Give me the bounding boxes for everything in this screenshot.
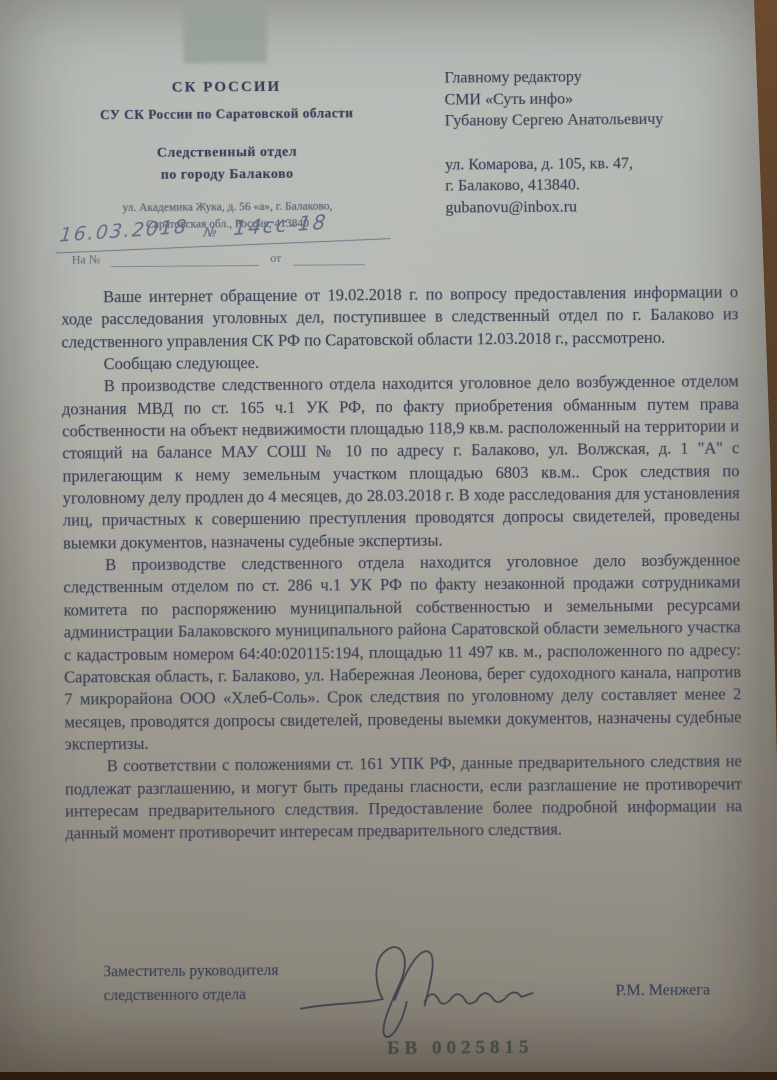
addressee-block: Главному редактору СМИ «Суть инфо» Губан…	[444, 65, 745, 218]
addressee-role: Главному редактору	[444, 65, 744, 89]
form-serial-number: БВ 0025815	[387, 1037, 534, 1060]
photo-of-document: { "letterhead": { "org_top": "СК РОССИИ"…	[0, 0, 777, 1080]
date-number-line: 16.03.2018 № 14сс-18	[55, 214, 390, 249]
handwritten-signature	[298, 941, 554, 1043]
body-paragraph: В производстве следственного отдела нахо…	[62, 371, 740, 555]
ref-date-blank	[292, 253, 364, 266]
org-name-regional: СУ СК России по Саратовской области	[59, 105, 395, 124]
document-content: СК РОССИИ СУ СК России по Саратовской об…	[0, 0, 777, 1075]
handwritten-date: 16.03.2018	[59, 216, 190, 247]
letterhead: СК РОССИИ СУ СК России по Саратовской об…	[58, 78, 395, 235]
org-name-top: СК РОССИИ	[58, 78, 394, 98]
addressee-email: gubanovu@inbox.ru	[445, 195, 745, 219]
paper-sheet: СК РОССИИ СУ СК России по Саратовской об…	[0, 0, 777, 1072]
spacer	[445, 130, 745, 154]
signer-name: Р.М. Менжега	[616, 981, 711, 1000]
ref-label: На №	[72, 252, 101, 266]
addressee-media: СМИ «Суть инфо»	[444, 87, 744, 111]
signer-title-line2: следственного отдела	[104, 983, 279, 1008]
body-paragraph: Ваше интернет обращение от 19.02.2018 г.…	[61, 281, 739, 353]
signer-title: Заместитель руководителя следственного о…	[103, 959, 278, 1008]
department-name: Следственный отдел по городу Балаково	[59, 141, 395, 188]
numero-sign: №	[203, 225, 218, 241]
addressee-street: ул. Комарова, д. 105, кв. 47,	[445, 152, 745, 176]
letter-body: Ваше интернет обращение от 19.02.2018 г.…	[61, 281, 742, 845]
addressee-city: г. Балаково, 413840.	[445, 173, 745, 197]
department-line2: по городу Балаково	[59, 163, 395, 188]
reference-number-line: На № от	[72, 250, 402, 268]
ref-from-label: от	[270, 251, 281, 265]
redaction-blur-box	[183, 4, 267, 64]
body-paragraph: В соответствии с положениями ст. 161 УПК…	[65, 750, 743, 845]
ref-number-blank	[111, 254, 259, 267]
handwritten-outgoing-number: 14сс-18	[232, 209, 328, 240]
signer-title-line1: Заместитель руководителя	[103, 959, 278, 984]
addressee-name: Губанову Сергею Анатольевичу	[445, 108, 745, 132]
body-paragraph: В производстве следственного отдела нахо…	[63, 549, 742, 755]
department-line1: Следственный отдел	[59, 141, 395, 166]
